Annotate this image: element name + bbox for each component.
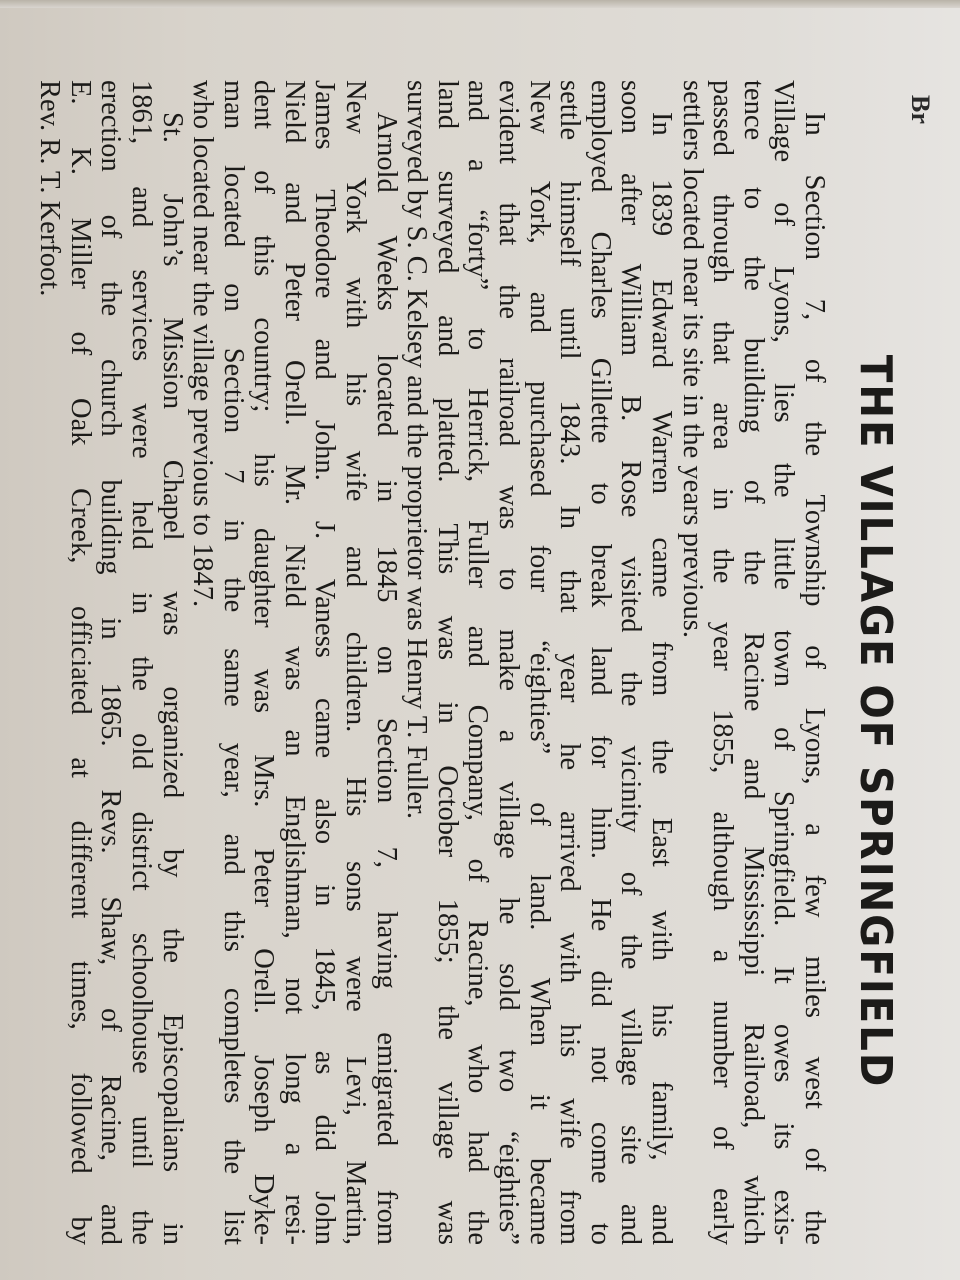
text-line: settlers located near its site in the ye… <box>676 80 707 1245</box>
text-line: erection of the church building in 1865.… <box>95 80 126 1245</box>
text-line: who located near the village previous to… <box>187 80 218 1245</box>
text-line: St. John’s Mission Chapel was organized … <box>156 80 187 1245</box>
text-line: Arnold Weeks located in 1845 on Section … <box>370 80 401 1245</box>
text-line: In 1839 Edward Warren came from the East… <box>645 80 676 1245</box>
text-line: Nield and Peter Orell. Mr. Nield was an … <box>278 80 309 1245</box>
text-line: soon after William B. Rose visited the v… <box>615 80 646 1245</box>
paragraph-3: Arnold Weeks located in 1845 on Section … <box>187 80 401 1245</box>
paragraph-4: St. John’s Mission Chapel was organized … <box>34 80 187 1245</box>
text-line: E. K. Miller of Oak Creek, officiated at… <box>64 80 95 1245</box>
document-body: In Section 7, of the Township of Lyons, … <box>34 40 829 1265</box>
text-line: Village of Lyons, lies the little town o… <box>768 80 799 1245</box>
document-title: THE VILLAGE OF SPRINGFIELD <box>845 89 905 1216</box>
text-line: tence to the building of the Racine and … <box>737 80 768 1245</box>
document-page: THE VILLAGE OF SPRINGFIELD In Section 7,… <box>34 40 905 1265</box>
text-line: James Theodore and John. J. Vaness came … <box>309 80 340 1245</box>
text-line: passed through that area in the year 185… <box>707 80 738 1245</box>
text-line: land surveyed and platted. This was in O… <box>431 80 462 1245</box>
text-line: dent of this country; his daughter was M… <box>248 80 279 1245</box>
text-line: In Section 7, of the Township of Lyons, … <box>798 80 829 1245</box>
text-line: settle himself until 1843. In that year … <box>554 80 585 1245</box>
paragraph-2: In 1839 Edward Warren came from the East… <box>401 80 676 1245</box>
margin-text-fragment: Br <box>905 95 935 124</box>
text-line: Rev. R. T. Kerfoot. <box>34 80 65 1245</box>
text-line: evident that the railroad was to make a … <box>492 80 523 1245</box>
text-line: surveyed by S. C. Kelsey and the proprie… <box>401 80 432 1245</box>
paragraph-1: In Section 7, of the Township of Lyons, … <box>676 80 829 1245</box>
text-line: New York with his wife and children. His… <box>340 80 371 1245</box>
text-line: employed Charles Gillette to break land … <box>584 80 615 1245</box>
text-line: and a “forty” to Herrick, Fuller and Com… <box>462 80 493 1245</box>
text-line: New York, and purchased four “eighties” … <box>523 80 554 1245</box>
text-line: 1861, and services were held in the old … <box>125 80 156 1245</box>
page-top-edge <box>0 0 960 8</box>
text-line: man located on Section 7 in the same yea… <box>217 80 248 1245</box>
